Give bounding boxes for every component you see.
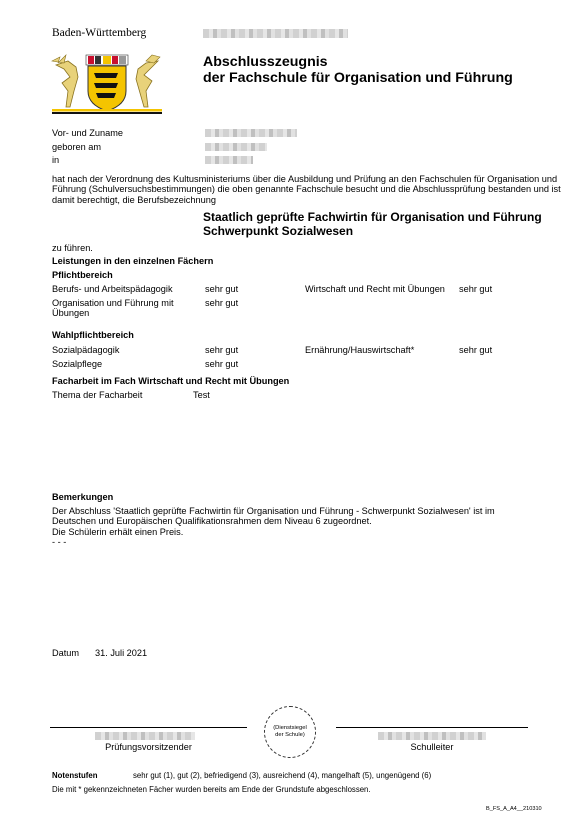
pflicht-heading: Pflichtbereich [52,270,113,280]
principal-role: Schulleiter [336,742,528,752]
principal-name-redacted [378,732,486,740]
degree-line-2: Schwerpunkt Sozialwesen [203,224,542,238]
state-name: Baden-Württemberg [52,27,146,39]
remarks-line: Die Schülerin erhält einen Preis. [52,527,495,537]
subject-name: Berufs- und Arbeitspädagogik [52,284,173,294]
birthplace-label: in [52,155,59,165]
facharbeit-label: Thema der Facharbeit [52,390,142,400]
degree-line-1: Staatlich geprüfte Fachwirtin für Organi… [203,210,542,224]
subject-name: Organisation und Führung mit Übungen [52,298,192,318]
grades-heading: Leistungen in den einzelnen Fächern [52,256,213,266]
subject-grade: sehr gut [459,345,492,355]
remarks-heading: Bemerkungen [52,492,113,502]
title-line-1: Abschlusszeugnis [203,54,513,70]
signature-line-left [50,727,247,728]
subject-name: Ernährung/Hauswirtschaft* [305,345,414,355]
subject-grade: sehr gut [205,359,238,369]
remarks-body: Der Abschluss 'Staatlich geprüfte Fachwi… [52,506,495,548]
footnote: Die mit * gekennzeichneten Fächer wurden… [52,785,371,794]
remarks-line: - - - [52,537,495,547]
subject-name: Wirtschaft und Recht mit Übungen [305,284,445,294]
birthdate-value-redacted [205,143,267,151]
title-line-2: der Fachschule für Organisation und Führ… [203,70,513,86]
name-label: Vor- und Zuname [52,128,123,138]
form-code: B_FS_A_A4__210310 [486,806,542,812]
seal-line-1: (Dienstsiegel [273,725,307,731]
birthdate-label: geboren am [52,142,101,152]
facharbeit-heading: Facharbeit im Fach Wirtschaft und Recht … [52,376,289,386]
degree-title: Staatlich geprüfte Fachwirtin für Organi… [203,210,542,238]
wahlpflicht-heading: Wahlpflichtbereich [52,330,134,340]
remarks-line: Deutschen und Europäischen Qualifikation… [52,516,495,526]
subject-name: Sozialpflege [52,359,102,369]
date-value: 31. Juli 2021 [95,648,147,658]
coat-of-arms-icon [48,51,166,115]
subject-name: Sozialpädagogik [52,345,119,355]
intro-paragraph: hat nach der Verordnung des Kultusminist… [52,174,572,205]
birthplace-value-redacted [205,156,253,164]
closing-text: zu führen. [52,243,93,253]
chair-role: Prüfungsvorsitzender [50,742,247,752]
grading-scale-value: sehr gut (1), gut (2), befriedigend (3),… [133,771,431,780]
subject-grade: sehr gut [459,284,492,294]
signature-line-right [336,727,528,728]
subject-grade: sehr gut [205,345,238,355]
name-value-redacted [205,129,297,137]
date-label: Datum [52,648,79,658]
document-title: Abschlusszeugnis der Fachschule für Orga… [203,54,513,86]
grading-scale-label: Notenstufen [52,771,97,780]
remarks-line: Der Abschluss 'Staatlich geprüfte Fachwi… [52,506,495,516]
school-name-redacted [203,29,348,38]
official-seal-placeholder: (Dienstsiegelder Schule) [264,706,316,758]
seal-line-2: der Schule) [275,732,305,738]
subject-grade: sehr gut [205,284,238,294]
chair-name-redacted [95,732,195,740]
subject-grade: sehr gut [205,298,238,308]
facharbeit-value: Test [193,390,210,400]
